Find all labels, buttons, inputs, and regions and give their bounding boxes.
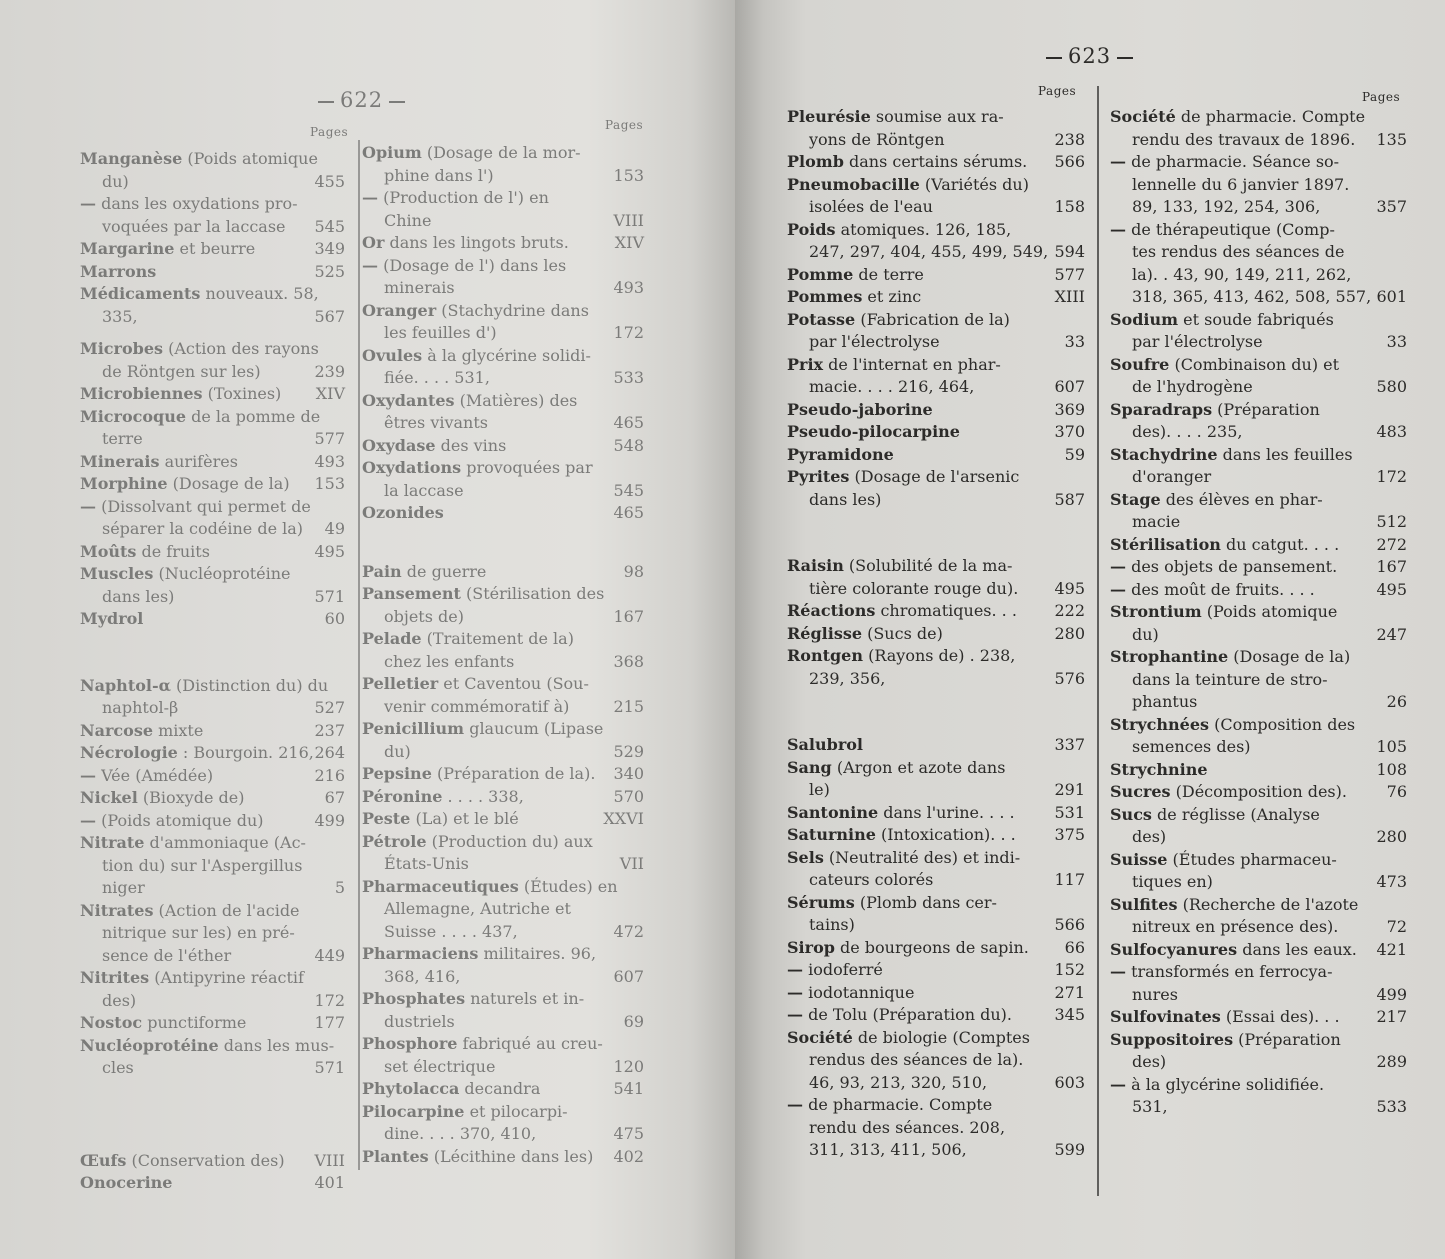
entry-heading: — [787, 960, 803, 979]
entry-heading: Strychnées [1110, 715, 1209, 734]
entry-heading: Penicillium [362, 719, 464, 738]
page-reference: 152 [1054, 959, 1085, 982]
page-reference: 465 [613, 502, 644, 525]
entry-text: Phytolacca decandra [362, 1078, 540, 1101]
entry-text: — (Poids atomique du) [80, 810, 264, 833]
entry-heading: Ozonides [362, 503, 444, 522]
page-reference: 499 [1376, 984, 1407, 1007]
page-reference: 289 [1376, 1051, 1407, 1074]
entry-text: set électrique [384, 1056, 495, 1079]
page-reference: 98 [624, 561, 644, 584]
page-reference: 158 [1054, 196, 1085, 219]
index-entry: Ovules à la glycérine solidi-fiée. . . .… [362, 345, 644, 390]
page-reference: 120 [613, 1056, 644, 1079]
index-entry: Moûts de fruits495 [80, 541, 345, 564]
page-reference: 533 [613, 367, 644, 390]
entry-text: Stage des élèves en phar- [1110, 489, 1323, 512]
entry-text: Microbiennes (Toxines) [80, 383, 281, 406]
index-entry: Strychnine108 [1110, 759, 1407, 782]
page-reference: VIII [314, 1150, 345, 1173]
index-entry: Pain de guerre98 [362, 561, 644, 584]
page-reference: 607 [613, 966, 644, 989]
entry-text: Suppositoires (Préparation [1110, 1029, 1341, 1052]
entry-text: Phosphates naturels et in- [362, 988, 584, 1011]
entry-heading: Muscles [80, 564, 153, 583]
entry-heading: Rontgen [787, 646, 863, 665]
index-entry: Nitrates (Action de l'acidenitrique sur … [80, 900, 345, 968]
entry-text: de l'hydrogène [1132, 376, 1253, 399]
entry-heading: Naphtol-α [80, 676, 171, 695]
entry-text: nitrique sur les) en pré- [102, 922, 295, 945]
index-entry: Microbes (Action des rayonsde Röntgen su… [80, 338, 345, 383]
page-reference: 567 [314, 306, 345, 329]
page-reference: XIV [316, 383, 345, 406]
index-entry: Sulfocyanures dans les eaux.421 [1110, 939, 1407, 962]
index-entry: Penicillium glaucum (Lipasedu)529 [362, 718, 644, 763]
page-reference: 280 [1376, 826, 1407, 849]
entry-text: Pseudo-jaborine [787, 399, 933, 422]
entry-text: rendu des séances. 208, [809, 1117, 1005, 1140]
entry-heading: Raisin [787, 556, 844, 575]
page-reference: 177 [314, 1012, 345, 1035]
index-entry: Plomb dans certains sérums.566 [787, 151, 1085, 174]
entry-text: nitreux en présence des). [1132, 916, 1338, 939]
entry-text: tes rendus des séances de [1132, 241, 1344, 264]
entry-heading: Oxydations [362, 458, 461, 477]
index-entry: — dans les oxydations pro-voquées par la… [80, 193, 345, 238]
index-entry: Poids atomiques. 126, 185,247, 297, 404,… [787, 219, 1085, 264]
index-entry: Pseudo-pilocarpine370 [787, 421, 1085, 444]
entry-text: Salubrol [787, 734, 863, 757]
entry-heading: Sérums [787, 893, 855, 912]
page-number-left: 622 [312, 88, 411, 112]
entry-text: Pelade (Traitement de la) [362, 628, 574, 651]
page-reference: 421 [1376, 939, 1407, 962]
entry-heading: Narcose [80, 721, 153, 740]
entry-text: Muscles (Nucléoprotéine [80, 563, 290, 586]
entry-text: tière colorante rouge du). [809, 578, 1018, 601]
entry-text: Sirop de bourgeons de sapin. [787, 937, 1029, 960]
entry-text: 318, 365, 413, 462, 508, 557, [1132, 286, 1371, 309]
entry-text: tiques en) [1132, 871, 1213, 894]
page-reference: XIII [1055, 286, 1085, 309]
entry-text: Pharmaciens militaires. 96, [362, 943, 596, 966]
index-entry: Onocerine401 [80, 1172, 345, 1195]
page-reference: 375 [1054, 824, 1085, 847]
entry-heading: Pomme [787, 265, 853, 284]
entry-text: Strophantine (Dosage de la) [1110, 646, 1350, 669]
entry-text: dans les) [809, 489, 881, 512]
entry-text: Moûts de fruits [80, 541, 210, 564]
entry-heading: Stérilisation [1110, 535, 1221, 554]
entry-text: Ozonides [362, 502, 444, 525]
entry-text: d'oranger [1132, 466, 1211, 489]
index-entry: Oxydase des vins548 [362, 435, 644, 458]
index-entry: Pelade (Traitement de la)chez les enfant… [362, 628, 644, 673]
entry-text: Nickel (Bioxyde de) [80, 787, 244, 810]
index-entry: Nécrologie : Bourgoin. 216,264 [80, 742, 345, 765]
entry-text: Margarine et beurre [80, 238, 255, 261]
entry-heading: Microbiennes [80, 384, 203, 403]
entry-text: États-Unis [384, 853, 469, 876]
page-reference: 153 [613, 165, 644, 188]
index-entry: Pneumobacille (Variétés du)isolées de l'… [787, 174, 1085, 219]
index-entry: Œufs (Conservation des)VIII [80, 1150, 345, 1173]
entry-text: 335, [102, 306, 138, 329]
entry-heading: Nickel [80, 788, 138, 807]
page-reference: 217 [1376, 1006, 1407, 1029]
entry-heading: Pelade [362, 629, 422, 648]
index-entry: Strophantine (Dosage de la)dans la teint… [1110, 646, 1407, 714]
index-entry: — (Dissolvant qui permet deséparer la co… [80, 496, 345, 541]
index-entry: Opium (Dosage de la mor-phine dans l')15… [362, 142, 644, 187]
entry-heading: Pyramidone [787, 445, 894, 464]
entry-text: dans les) [102, 586, 174, 609]
page-reference: 571 [314, 1057, 345, 1080]
entry-text: Santonine dans l'urine. . . . [787, 802, 1015, 825]
entry-heading: Nucléoprotéine [80, 1036, 219, 1055]
entry-text: Mydrol [80, 608, 143, 631]
index-entry: Nitrate d'ammoniaque (Ac-tion du) sur l'… [80, 832, 345, 900]
entry-heading: Oranger [362, 301, 436, 320]
index-entry: Péronine . . . . 338,570 [362, 786, 644, 809]
index-entry: Salubrol337 [787, 734, 1085, 757]
entry-text: les feuilles d') [384, 322, 497, 345]
page-reference: 60 [325, 608, 345, 631]
entry-heading: Pharmaceutiques [362, 877, 519, 896]
entry-text: Société de pharmacie. Compte [1110, 106, 1365, 129]
page-reference: 577 [1054, 264, 1085, 287]
entry-text: — (Production de l') en [362, 187, 549, 210]
entry-heading: Prix [787, 355, 823, 374]
entry-heading: Pétrole [362, 832, 427, 851]
page-reference: 368 [613, 651, 644, 674]
entry-text: Sulfocyanures dans les eaux. [1110, 939, 1357, 962]
entry-text: Pyrites (Dosage de l'arsenic [787, 466, 1019, 489]
page-reference: 280 [1054, 623, 1085, 646]
page-reference: 67 [325, 787, 345, 810]
page-reference: VIII [613, 210, 644, 233]
page-reference: 599 [1054, 1139, 1085, 1162]
entry-text: Raisin (Solubilité de la ma- [787, 555, 1012, 578]
index-entry: Ozonides465 [362, 502, 644, 525]
entry-text: Sparadraps (Préparation [1110, 399, 1320, 422]
entry-text: Sérums (Plomb dans cer- [787, 892, 997, 915]
page-reference: 337 [1054, 734, 1085, 757]
index-entry: — des moût de fruits. . . .495 [1110, 579, 1407, 602]
entry-text: Microcoque de la pomme de [80, 406, 320, 429]
entry-heading: — [80, 497, 96, 516]
page-reference: 172 [1376, 466, 1407, 489]
page-reference: 369 [1054, 399, 1085, 422]
entry-text: Nostoc punctiforme [80, 1012, 246, 1035]
page-reference: 402 [613, 1146, 644, 1169]
entry-text: des). . . . 235, [1132, 421, 1242, 444]
page-reference: 401 [314, 1172, 345, 1195]
index-entry: Pansement (Stérilisation desobjets de)16… [362, 583, 644, 628]
entry-heading: Phosphore [362, 1034, 457, 1053]
index-entry: Réactions chromatiques. . .222 [787, 600, 1085, 623]
index-entry: Pyrites (Dosage de l'arsenicdans les)587 [787, 466, 1085, 511]
entry-text: rendu des travaux de 1896. [1132, 129, 1355, 152]
index-entry: Sulfites (Recherche de l'azotenitreux en… [1110, 894, 1407, 939]
page-reference: VII [620, 853, 644, 876]
index-entry: Saturnine (Intoxication). . .375 [787, 824, 1085, 847]
entry-heading: Sels [787, 848, 824, 867]
entry-heading: — [1110, 220, 1126, 239]
entry-text: Nécrologie : Bourgoin. 216, [80, 742, 314, 765]
page-number-right: 623 [1040, 44, 1139, 68]
entry-heading: Pseudo-pilocarpine [787, 422, 960, 441]
index-entry: Nickel (Bioxyde de)67 [80, 787, 345, 810]
page-reference: 153 [314, 473, 345, 496]
entry-heading: Marrons [80, 262, 156, 281]
entry-heading: Phosphates [362, 989, 465, 1008]
entry-text: naphtol-β [102, 697, 178, 720]
entry-text: cles [102, 1057, 134, 1080]
page-reference: 66 [1065, 937, 1085, 960]
entry-heading: Pommes [787, 287, 862, 306]
entry-heading: Nitrate [80, 833, 144, 852]
page-reference: 357 [1376, 196, 1407, 219]
entry-heading: Poids [787, 220, 836, 239]
pages-header: Pages [1038, 84, 1076, 98]
page-reference: 594 [1054, 241, 1085, 264]
index-entry: — (Dosage de l') dans lesminerais493 [362, 255, 644, 300]
entry-text: — (Dissolvant qui permet de [80, 496, 311, 519]
index-entry: Société de biologie (Comptesrendus des s… [787, 1027, 1085, 1095]
page-reference: 33 [1387, 331, 1407, 354]
index-entry: — (Poids atomique du)499 [80, 810, 345, 833]
entry-text: Strychnine [1110, 759, 1208, 782]
entry-heading: Péronine [362, 787, 442, 806]
entry-text: Pilocarpine et pilocarpi- [362, 1101, 568, 1124]
entry-heading: Pansement [362, 584, 461, 603]
index-entry: Narcose mixte237 [80, 720, 345, 743]
entry-text: Marrons [80, 261, 156, 284]
page-reference: 580 [1376, 376, 1407, 399]
page-reference: 527 [314, 697, 345, 720]
entry-heading: Suisse [1110, 850, 1167, 869]
page-reference: 271 [1054, 982, 1085, 1005]
entry-heading: Sucs [1110, 805, 1152, 824]
entry-text: Plomb dans certains sérums. [787, 151, 1027, 174]
entry-heading: — [80, 811, 96, 830]
index-entry: Médicaments nouveaux. 58,335,567 [80, 283, 345, 328]
page-reference: 222 [1054, 600, 1085, 623]
page-reference: XXVI [603, 808, 644, 831]
entry-text: minerais [384, 277, 455, 300]
page-reference: 340 [613, 763, 644, 786]
entry-text: Stérilisation du catgut. . . . [1110, 534, 1339, 557]
entry-text: — de Tolu (Préparation du). [787, 1004, 1012, 1027]
entry-heading: Minerais [80, 452, 159, 471]
entry-text: 368, 416, [384, 966, 460, 989]
entry-text: niger [102, 877, 145, 900]
page-reference: 76 [1387, 781, 1407, 804]
index-entry: Or dans les lingots bruts.XIV [362, 232, 644, 255]
entry-text: 247, 297, 404, 455, 499, 549, [809, 241, 1048, 264]
page-reference: 26 [1387, 691, 1407, 714]
entry-text: nures [1132, 984, 1178, 1007]
entry-text: Allemagne, Autriche et [384, 898, 571, 921]
entry-heading: Oxydase [362, 436, 436, 455]
page-reference: 533 [1376, 1096, 1407, 1119]
entry-text: 311, 313, 411, 506, [809, 1139, 967, 1162]
index-entry: — à la glycérine solidifiée.531,533 [1110, 1074, 1407, 1119]
index-entry: Pseudo-jaborine369 [787, 399, 1085, 422]
entry-text: — dans les oxydations pro- [80, 193, 298, 216]
entry-heading: Morphine [80, 474, 168, 493]
entry-text: fiée. . . . 531, [384, 367, 490, 390]
entry-heading: — [1110, 557, 1126, 576]
page-reference: 272 [1376, 534, 1407, 557]
entry-heading: Sucres [1110, 782, 1171, 801]
entry-text: — transformés en ferrocya- [1110, 961, 1332, 984]
entry-text: — de thérapeutique (Comp- [1110, 219, 1335, 242]
entry-text: Oxydase des vins [362, 435, 506, 458]
entry-heading: Pyrites [787, 467, 849, 486]
entry-heading: Moûts [80, 542, 136, 561]
entry-text: lennelle du 6 janvier 1897. [1132, 174, 1349, 197]
entry-text: dine. . . . 370, 410, [384, 1123, 536, 1146]
page-reference: 475 [613, 1123, 644, 1146]
entry-text: Pain de guerre [362, 561, 486, 584]
index-entry: Strychnées (Composition dessemences des)… [1110, 714, 1407, 759]
entry-text: par l'électrolyse [809, 331, 940, 354]
entry-heading: Or [362, 233, 384, 252]
index-entry: Muscles (Nucléoprotéinedans les)571 [80, 563, 345, 608]
index-entry: Pétrole (Production du) auxÉtats-UnisVII [362, 831, 644, 876]
entry-text: Péronine . . . . 338, [362, 786, 524, 809]
entry-text: Sucs de réglisse (Analyse [1110, 804, 1320, 827]
index-entry: — iodotannique271 [787, 982, 1085, 1005]
entry-heading: Peste [362, 809, 410, 828]
index-entry: Sels (Neutralité des) et indi-cateurs co… [787, 847, 1085, 892]
entry-heading: Potasse [787, 310, 855, 329]
entry-heading: Réglisse [787, 624, 862, 643]
column-rule [1097, 86, 1099, 1196]
entry-text: — iodoferré [787, 959, 883, 982]
index-entry: Pepsine (Préparation de la).340 [362, 763, 644, 786]
page-reference: 525 [314, 261, 345, 284]
entry-text: dustriels [384, 1011, 455, 1034]
index-entry: — des objets de pansement.167 [1110, 556, 1407, 579]
entry-text: phine dans l') [384, 165, 494, 188]
entry-text: la laccase [384, 480, 464, 503]
entry-text: êtres vivants [384, 412, 488, 435]
entry-text: — Vée (Amédée) [80, 765, 213, 788]
page-reference: 566 [1054, 151, 1085, 174]
page-reference: 108 [1376, 759, 1407, 782]
page-reference: 237 [314, 720, 345, 743]
page-reference: 247 [1376, 624, 1407, 647]
left-page: 622 Pages Pages Manganèse (Poids atomiqu… [0, 0, 735, 1259]
entry-heading: Nitrates [80, 901, 153, 920]
entry-heading: Pseudo-jaborine [787, 400, 933, 419]
entry-heading: Microcoque [80, 407, 186, 426]
index-entry: Pilocarpine et pilocarpi-dine. . . . 370… [362, 1101, 644, 1146]
index-entry: Strontium (Poids atomiquedu)247 [1110, 601, 1407, 646]
index-entry: Sérums (Plomb dans cer-tains)566 [787, 892, 1085, 937]
page-reference: 603 [1054, 1072, 1085, 1095]
page-reference: 72 [1387, 916, 1407, 939]
entry-text: des) [1132, 826, 1166, 849]
entry-text: Soufre (Combinaison du) et [1110, 354, 1339, 377]
entry-text: Phosphore fabriqué au creu- [362, 1033, 603, 1056]
index-entry: Manganèse (Poids atomiquedu)455 [80, 148, 345, 193]
entry-heading: Onocerine [80, 1173, 172, 1192]
entry-heading: Médicaments [80, 284, 200, 303]
page-reference: 465 [613, 412, 644, 435]
index-entry: Stage des élèves en phar-macie512 [1110, 489, 1407, 534]
page-reference: 349 [314, 238, 345, 261]
index-entry: Pharmaceutiques (Études) enAllemagne, Au… [362, 876, 644, 944]
entry-heading: Stage [1110, 490, 1161, 509]
entry-text: Narcose mixte [80, 720, 203, 743]
entry-heading: Salubrol [787, 735, 863, 754]
entry-text: — (Dosage de l') dans les [362, 255, 566, 278]
entry-heading: Stachydrine [1110, 445, 1218, 464]
pages-header: Pages [310, 125, 348, 139]
page-reference: 493 [613, 277, 644, 300]
index-entry: Phytolacca decandra541 [362, 1078, 644, 1101]
entry-text: des) [102, 990, 136, 1013]
page-reference: 529 [613, 741, 644, 764]
entry-text: Suisse . . . . 437, [384, 921, 518, 944]
entry-heading: — [787, 983, 803, 1002]
entry-heading: Opium [362, 143, 422, 162]
entry-text: Oxydations provoquées par [362, 457, 593, 480]
entry-heading: — [362, 188, 378, 207]
entry-heading: Œufs [80, 1151, 126, 1170]
entry-text: Pyramidone [787, 444, 894, 467]
entry-text: du) [384, 741, 411, 764]
entry-heading: Sirop [787, 938, 835, 957]
index-entry: Nitrites (Antipyrine réactifdes)172 [80, 967, 345, 1012]
entry-heading: Microbes [80, 339, 163, 358]
entry-heading: Réactions [787, 601, 875, 620]
entry-heading: Strychnine [1110, 760, 1208, 779]
page-reference: 495 [1054, 578, 1085, 601]
page-reference: 455 [314, 171, 345, 194]
entry-text: Sulfovinates (Essai des). . . [1110, 1006, 1340, 1029]
entry-text: Pharmaceutiques (Études) en [362, 876, 618, 899]
entry-text: Sang (Argon et azote dans [787, 757, 1005, 780]
entry-text: dans la teinture de stro- [1132, 669, 1328, 692]
index-entry: Raisin (Solubilité de la ma-tière colora… [787, 555, 1085, 600]
entry-text: par l'électrolyse [1132, 331, 1263, 354]
index-entry: Oranger (Stachydrine dansles feuilles d'… [362, 300, 644, 345]
page-reference: 570 [613, 786, 644, 809]
entry-heading: Nécrologie [80, 743, 178, 762]
index-entry: Pharmaciens militaires. 96,368, 416,607 [362, 943, 644, 988]
entry-text: cateurs colorés [809, 869, 933, 892]
entry-text: Réactions chromatiques. . . [787, 600, 1017, 623]
entry-heading: Strontium [1110, 602, 1202, 621]
entry-heading: — [1110, 152, 1126, 171]
index-entry: Mydrol60 [80, 608, 345, 631]
entry-heading: Sparadraps [1110, 400, 1212, 419]
page-reference: 49 [325, 518, 345, 541]
page-reference: 545 [314, 216, 345, 239]
entry-text: du) [102, 171, 129, 194]
page-reference: 607 [1054, 376, 1085, 399]
entry-text: Naphtol-α (Distinction du) du [80, 675, 328, 698]
page-reference: 473 [1376, 871, 1407, 894]
entry-text: Stachydrine dans les feuilles [1110, 444, 1353, 467]
index-entry: Sucres (Décomposition des).76 [1110, 781, 1407, 804]
